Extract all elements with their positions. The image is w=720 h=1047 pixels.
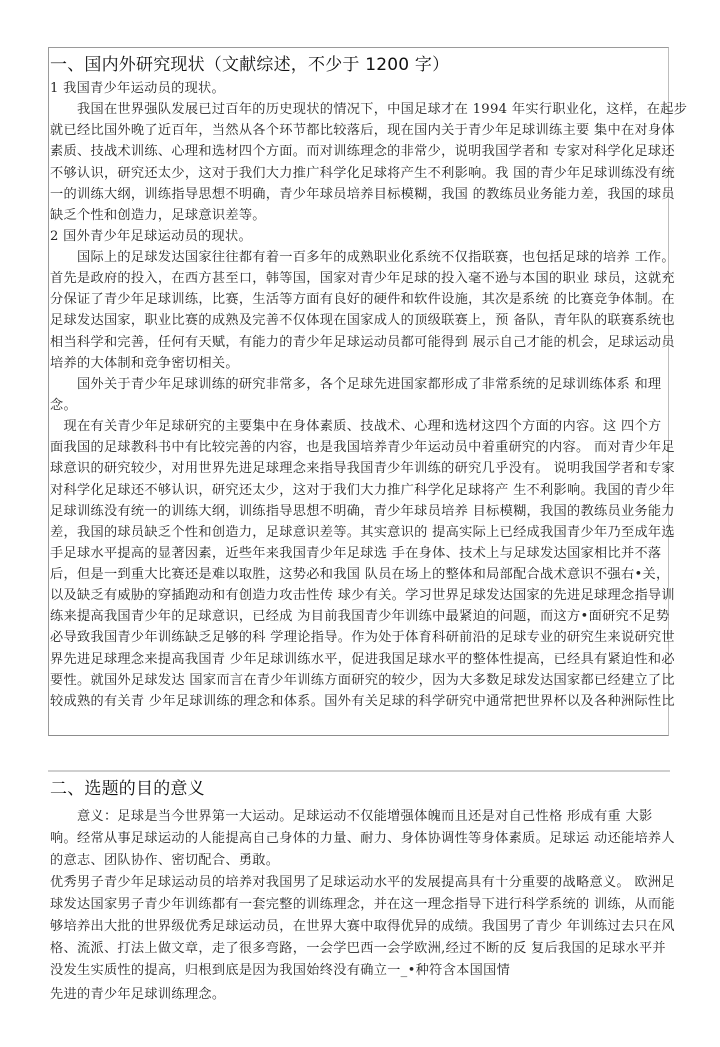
section2-title: 二、选题的目的意义: [50, 774, 205, 799]
section1-line: 以及缺乏有威胁的穿插跑动和有创造力攻击性传 球少有关。学习世界足球发达国家的先进…: [50, 585, 675, 607]
section1-line: 我国在世界强队发展已过百年的历史现状的情况下，中国足球才在 1994 年实行职业…: [50, 99, 687, 121]
section1-line: 分保证了青少年足球训练，比赛，生活等方面有良好的硬件和软件设施，其次是系统 的比…: [50, 289, 675, 311]
section1-line: 足球训练没有统一的训练大纲，训练指导思想不明确，青少年球员培养 目标模糊，我国的…: [50, 501, 675, 523]
section1-line: 现在有关青少年足球研究的主要集中在身体素质、技战术、心理和选材这四个方面的内容。…: [50, 416, 661, 438]
section2-line: 的意志、团队协作、密切配合、勇敢。: [50, 850, 279, 872]
section1-line: 要性。就国外足球发达 国家而言在青少年训练方面研究的较少，因为大多数足球发达国家…: [50, 670, 675, 692]
section1-line: 2 国外青少年足球运动员的现状。: [50, 226, 252, 248]
section2-line: 优秀男子青少年足球运动员的培养对我国男了足球运动水平的发展提高具有十分重要的战略…: [50, 872, 675, 894]
section1-line: 培养的大体制和竞争密切相关。: [50, 353, 239, 375]
section1-line: 就已经比国外晚了近百年，当然从各个环节都比较落后，现在国内关于青少年足球训练主要…: [50, 120, 675, 142]
section1-line: 界先进足球理念来提高我国青 少年足球训练水平，促进我国足球水平的整体性提高，已经…: [50, 649, 675, 671]
section1-line: 一的训练大纲，训练指导思想不明确，青少年球员培养目标模糊，我国 的教练员业务能力…: [50, 184, 675, 206]
section1-line: 较成熟的有关青 少年足球训练的理念和体系。国外有关足球的科学研究中通常把世界杯以…: [50, 691, 675, 713]
section1-line: 球意识的研究较少，对用世界先进足球理念来指导我国青少年训练的研究几乎没有。 说明…: [50, 458, 675, 480]
section1-line: 必导致我国青少年训练缺乏足够的科 学理论指导。作为处于体育科研前沿的足球专业的研…: [50, 627, 675, 649]
section1-line: 素质、技战术训练、心理和选材四个方面。而对训练理念的非常少，说明我国学者和 专家…: [50, 141, 675, 163]
section1-line: 手足球水平提高的显著因素，近些年来我国青少年足球选 手在身体、技术上与足球发达国…: [50, 543, 661, 565]
section1-line: 后，但是一到重大比赛还是难以取胜，这势必和我国 队员在场上的整体和局部配合战术意…: [50, 564, 670, 586]
section2-line: 够培养出大批的世界级优秀足球运动员，在世界大赛中取得优异的成绩。我国男了青少 年…: [50, 916, 675, 938]
section1-line: 不够认识，研究还太少，这对于我们大力推广科学化足球将产生不利影响。我 国的青少年…: [50, 163, 675, 185]
section1-line: 面我国的足球教科书中有比较完善的内容，也是我国培养青少年运动员中着重研究的内容。…: [50, 437, 675, 459]
section1-line: 练来提高我国青少年的足球意识，已经成 为目前我国青少年训练中最紧迫的问题，而这方…: [50, 606, 670, 628]
section2-line: 响。经常从事足球运动的人能提高自己身体的力量、耐力、身体协调性等身体素质。足球运…: [50, 828, 675, 850]
section-divider: [48, 770, 670, 772]
section1-line: 国外关于青少年足球训练的研究非常多，各个足球先进国家都形成了非常系统的足球训练体…: [50, 374, 661, 396]
section2-line: 没发生实质性的提高，归根到底是因为我国始终没有确立一_•种符含本国国情: [50, 960, 510, 982]
section1-line: 差，我国的球员缺乏个性和创造力，足球意识差等。其实意识的 提高实际上已经成我国青…: [50, 522, 675, 544]
section1-line: 缺乏个性和创造力，足球意识差等。: [50, 205, 266, 227]
section1-line: 足球发达国家，职业比赛的成熟及完善不仅体现在国家成人的顶级联赛上，预 备队，青年…: [50, 310, 675, 332]
section1-line: 相当科学和完善，任何有天赋，有能力的青少年足球运动员都可能得到 展示自己才能的机…: [50, 332, 675, 354]
section1-line: 1 我国青少年运动员的现状。: [50, 78, 225, 100]
section2-line: 先进的青少年足球训练理念。: [50, 984, 225, 1006]
section2-line: 球发达国家男子青少年训练都有一套完整的训练理念，并在这一理念指导下进行科学系统的…: [50, 894, 675, 916]
section1-title: 一、国内外研究现状（文献综述，不少于 1200 字）: [50, 50, 449, 75]
section1-line: 念。: [50, 395, 77, 417]
section1-line: 对科学化足球还不够认识，研究还太少，这对于我们大力推广科学化足球将产 生不利影响…: [50, 480, 675, 502]
section2-line: 意义：足球是当今世界第一大运动。足球运动不仅能增强体魄而且还是对自己性格 形成有…: [50, 806, 652, 828]
section1-line: 国际上的足球发达国家往往都有着一百多年的成熟职业化系统不仅指联赛，也包括足球的培…: [50, 247, 675, 269]
section2-line: 格、流派、打法上做文章，走了很多弯路，一会学巴西一会学欧洲,经过不断的反 复后我…: [50, 938, 666, 960]
section1-line: 首先是政府的投入，在西方甚至口，韩等国，国家对青少年足球的投入毫不逊与本国的职业…: [50, 268, 675, 290]
